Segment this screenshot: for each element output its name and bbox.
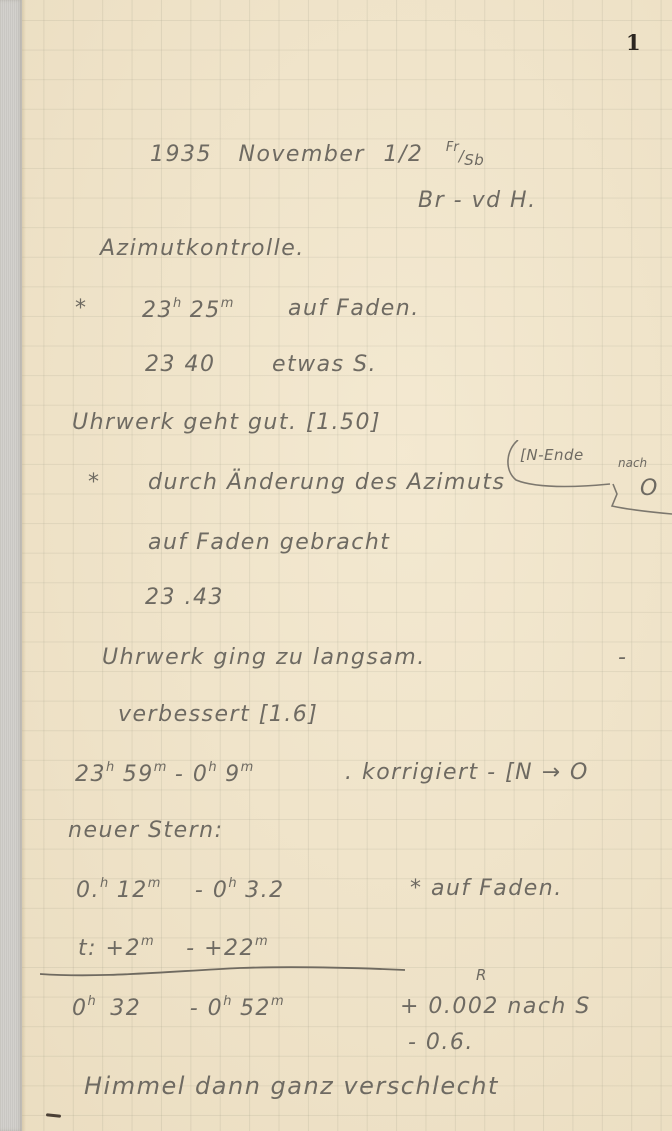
minutes-unit: m xyxy=(148,876,161,891)
section-title: Azimutkontrolle. xyxy=(100,236,305,261)
entry-note: . korrigiert - [N → O xyxy=(345,760,589,785)
entry-time-range: 23h 59m - 0h 9m xyxy=(75,760,253,787)
minutes-unit: m xyxy=(141,934,154,949)
t-minutes: 3.2 xyxy=(245,878,285,903)
hours-unit: h xyxy=(228,876,236,891)
entry-time-range: 0.h 12m - 0h 3.2 xyxy=(76,876,285,903)
notebook-page: 1 1935 November 1/2 Fr/Sb Br - vd H. Azi… xyxy=(0,0,672,1131)
entry-time: 23 40 xyxy=(145,352,215,377)
t-minutes: 12 xyxy=(117,878,148,903)
hours-unit: h xyxy=(208,760,216,775)
observers: Br - vd H. xyxy=(418,188,537,213)
dash-mark: - xyxy=(618,645,627,670)
weekday-super: Fr xyxy=(446,140,459,155)
ink-mark xyxy=(46,1113,61,1118)
margin-bracket xyxy=(500,440,672,520)
date-month: November xyxy=(239,142,365,167)
minutes-unit: m xyxy=(271,994,284,1009)
date-days: 1/2 xyxy=(383,142,423,167)
entry-note: durch Änderung des Azimuts xyxy=(148,470,506,495)
entry-note: auf Faden. xyxy=(288,296,420,321)
entry-note: neuer Stern: xyxy=(68,818,224,843)
minutes-unit: m xyxy=(241,760,254,775)
minutes-unit: m xyxy=(221,296,234,311)
entry-note: Himmel dann ganz verschlecht xyxy=(84,1072,499,1100)
entry-time: 23 .43 xyxy=(145,585,224,610)
entry-time-range: 0h 32 - 0h 52m xyxy=(72,994,284,1021)
t-minutes: 59 xyxy=(123,762,154,787)
t-hours: 0 xyxy=(72,996,88,1021)
date-year: 1935 xyxy=(150,142,212,167)
hours-unit: h xyxy=(106,760,114,775)
date-line: 1935 November 1/2 Fr/Sb xyxy=(150,140,484,167)
star-mark: * xyxy=(88,470,101,495)
t-hours: 23 xyxy=(75,762,106,787)
entry-note: Uhrwerk geht gut. [1.50] xyxy=(72,410,381,435)
star-mark: * xyxy=(75,296,88,321)
t-correction: t: +2 xyxy=(78,936,141,961)
t-hours: - 0 xyxy=(190,996,223,1021)
entry-note: - 0.6. xyxy=(408,1030,474,1055)
binding-shadow xyxy=(22,0,26,1131)
hours-unit: h xyxy=(88,994,96,1009)
entry-note: Uhrwerk ging zu langsam. xyxy=(102,645,426,670)
weekday-sub: Sb xyxy=(464,151,484,169)
hours-unit: h xyxy=(223,994,231,1009)
page-number: 1 xyxy=(626,30,641,55)
time-minutes: 25 xyxy=(190,298,221,323)
t-minutes: 52 xyxy=(240,996,271,1021)
entry-note: auf Faden gebracht xyxy=(148,530,390,555)
sum-rule xyxy=(40,964,410,980)
t-hours: - 0 xyxy=(195,878,228,903)
t-minutes: 9 xyxy=(225,762,241,787)
entry-note: * auf Faden. xyxy=(410,876,563,901)
entry-note: verbessert [1.6] xyxy=(118,702,318,727)
entry-note: etwas S. xyxy=(272,352,377,377)
weekday: Fr/Sb xyxy=(446,142,484,167)
t-minutes: 32 xyxy=(110,996,141,1021)
t-hours: - 0 xyxy=(175,762,208,787)
minutes-unit: m xyxy=(255,934,268,949)
r-annotation: R xyxy=(476,966,487,984)
notebook-binding xyxy=(0,0,22,1131)
minutes-unit: m xyxy=(154,760,167,775)
t-hours: 0. xyxy=(76,878,100,903)
correction-line: t: +2m - +22m xyxy=(78,934,268,961)
entry-time: 23h 25m xyxy=(142,296,233,323)
time-hours: 23 xyxy=(142,298,173,323)
hours-unit: h xyxy=(100,876,108,891)
t-correction: - +22 xyxy=(186,936,255,961)
entry-note: + 0.002 nach S xyxy=(400,994,591,1019)
hours-unit: h xyxy=(173,296,181,311)
